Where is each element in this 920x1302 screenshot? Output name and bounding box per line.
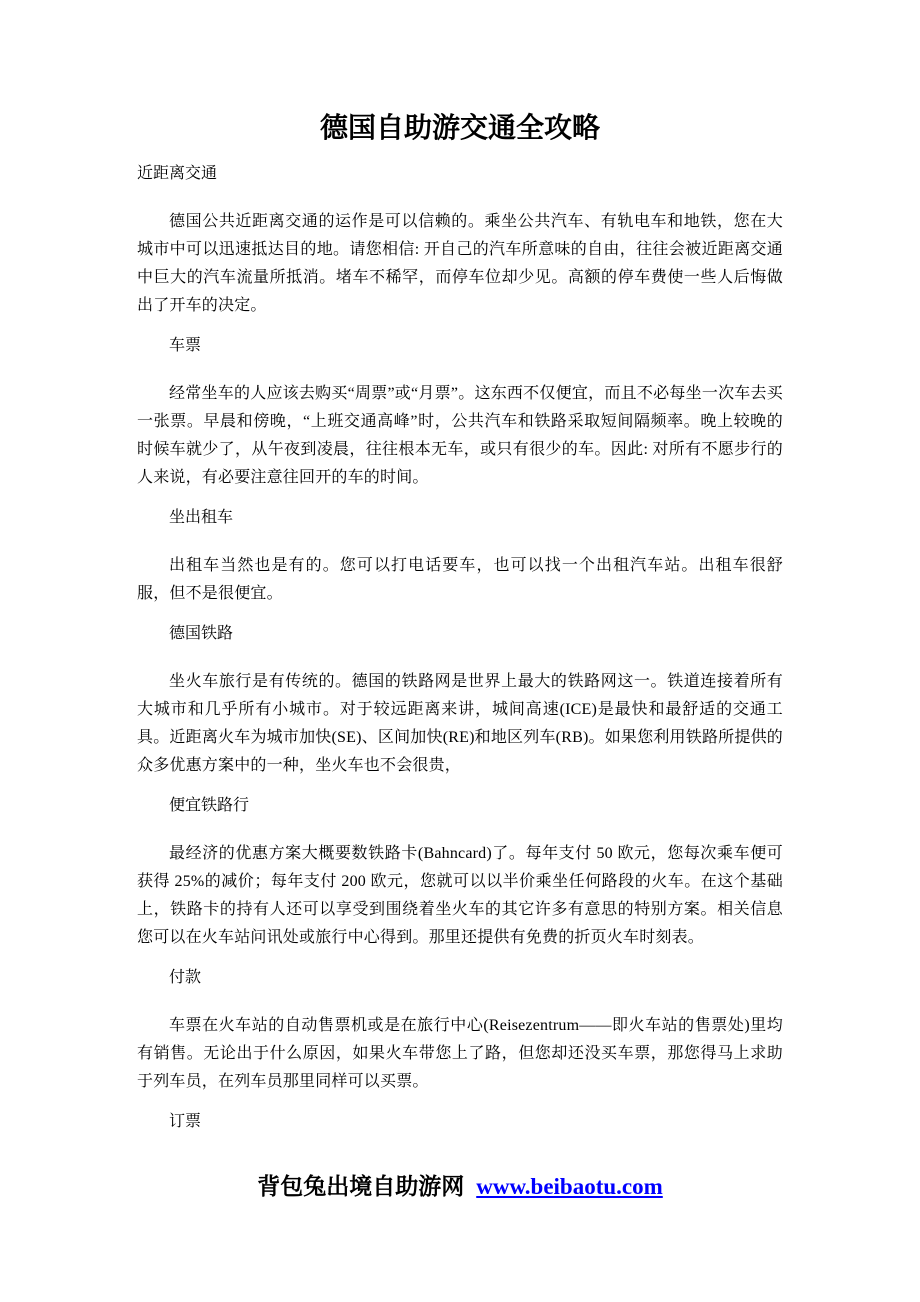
section-tickets: 车票 经常坐车的人应该去购买“周票”或“月票”。这东西不仅便宜，而且不必每坐一次… — [137, 332, 783, 492]
section-cheap-rail-travel: 便宜铁路行 最经济的优惠方案大概要数铁路卡(Bahncard)了。每年支付 50… — [137, 792, 783, 952]
paragraph: 最经济的优惠方案大概要数铁路卡(Bahncard)了。每年支付 50 欧元，您每… — [137, 840, 783, 952]
section-payment: 付款 车票在火车站的自动售票机或是在旅行中心(Reisezentrum——即火车… — [137, 964, 783, 1096]
footer-link[interactable]: www.beibaotu.com — [476, 1174, 663, 1199]
section-heading: 坐出租车 — [137, 504, 783, 532]
section-heading: 付款 — [137, 964, 783, 992]
section-booking: 订票 — [137, 1108, 783, 1136]
footer-site-name: 背包兔出境自助游网 — [257, 1174, 464, 1199]
paragraph: 出租车当然也是有的。您可以打电话要车，也可以找一个出租汽车站。出租车很舒服，但不… — [137, 552, 783, 608]
section-heading: 德国铁路 — [137, 620, 783, 648]
page-footer: 背包兔出境自助游网www.beibaotu.com — [137, 1172, 783, 1202]
section-heading: 车票 — [137, 332, 783, 360]
section-heading: 近距离交通 — [137, 160, 783, 188]
section-heading: 便宜铁路行 — [137, 792, 783, 820]
paragraph: 德国公共近距离交通的运作是可以信赖的。乘坐公共汽车、有轨电车和地铁，您在大城市中… — [137, 208, 783, 320]
document-page: 德国自助游交通全攻略 近距离交通 德国公共近距离交通的运作是可以信赖的。乘坐公共… — [0, 0, 920, 1302]
section-heading: 订票 — [137, 1108, 783, 1136]
paragraph: 车票在火车站的自动售票机或是在旅行中心(Reisezentrum——即火车站的售… — [137, 1012, 783, 1096]
paragraph: 经常坐车的人应该去购买“周票”或“月票”。这东西不仅便宜，而且不必每坐一次车去买… — [137, 380, 783, 492]
section-german-railway: 德国铁路 坐火车旅行是有传统的。德国的铁路网是世界上最大的铁路网这一。铁道连接着… — [137, 620, 783, 780]
document-title: 德国自助游交通全攻略 — [137, 112, 783, 146]
section-taxi: 坐出租车 出租车当然也是有的。您可以打电话要车，也可以找一个出租汽车站。出租车很… — [137, 504, 783, 608]
paragraph: 坐火车旅行是有传统的。德国的铁路网是世界上最大的铁路网这一。铁道连接着所有大城市… — [137, 668, 783, 780]
section-near-distance-transport: 近距离交通 德国公共近距离交通的运作是可以信赖的。乘坐公共汽车、有轨电车和地铁，… — [137, 160, 783, 320]
